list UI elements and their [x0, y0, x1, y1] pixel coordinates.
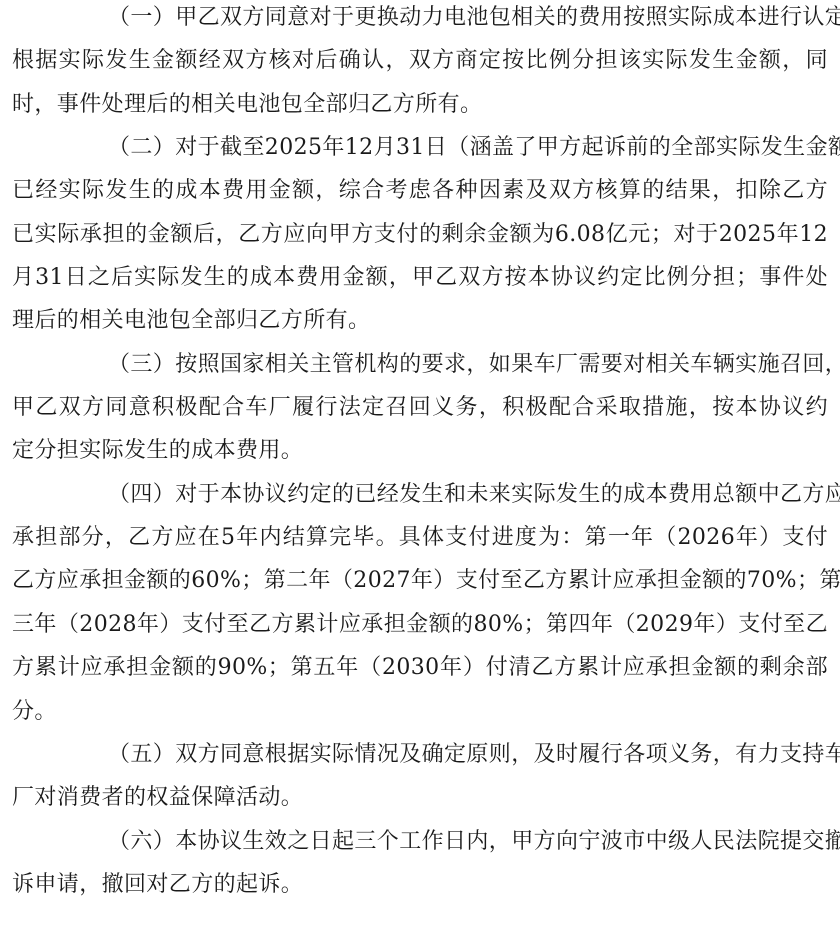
clause-2-line-3: 已实际承担的金额后，乙方应向甲方支付的剩余金额为6.08亿元；对于2025年12 — [12, 213, 828, 256]
clause-6-line-1: （六）本协议生效之日起三个工作日内，甲方向宁波市中级人民法院提交撤 — [12, 820, 828, 863]
clause-3-line-1: （三）按照国家相关主管机构的要求，如果车厂需要对相关车辆实施召回， — [12, 343, 828, 386]
clause-2: （二）对于截至2025年12月31日（涵盖了甲方起诉前的全部实际发生金额） 已经… — [12, 126, 832, 343]
clause-5-line-1: （五）双方同意根据实际情况及确定原则，及时履行各项义务，有力支持车 — [12, 733, 828, 776]
clause-3-line-2: 甲乙双方同意积极配合车厂履行法定召回义务，积极配合采取措施，按本协议约 — [12, 386, 828, 429]
clause-4-line-1: （四）对于本协议约定的已经发生和未来实际发生的成本费用总额中乙方应 — [12, 473, 828, 516]
clause-4-line-4: 三年（2028年）支付至乙方累计应承担金额的80%；第四年（2029年）支付至乙 — [12, 603, 828, 646]
clause-4: （四）对于本协议约定的已经发生和未来实际发生的成本费用总额中乙方应 承担部分，乙… — [12, 473, 832, 733]
clause-1-line-2: 根据实际发生金额经双方核对后确认，双方商定按比例分担该实际发生金额，同 — [12, 39, 828, 82]
clause-4-line-3: 乙方应承担金额的60%；第二年（2027年）支付至乙方累计应承担金额的70%；第 — [12, 559, 828, 602]
clause-1-line-1: （一）甲乙双方同意对于更换动力电池包相关的费用按照实际成本进行认定， — [12, 0, 828, 39]
clause-3: （三）按照国家相关主管机构的要求，如果车厂需要对相关车辆实施召回， 甲乙双方同意… — [12, 343, 832, 473]
clause-4-line-2: 承担部分，乙方应在5年内结算完毕。具体支付进度为：第一年（2026年）支付 — [12, 516, 828, 559]
clause-2-line-5: 理后的相关电池包全部归乙方所有。 — [12, 299, 832, 342]
clause-3-line-3: 定分担实际发生的成本费用。 — [12, 429, 832, 472]
clause-5: （五）双方同意根据实际情况及确定原则，及时履行各项义务，有力支持车 厂对消费者的… — [12, 733, 832, 820]
clause-4-line-6: 分。 — [12, 690, 832, 733]
agreement-document: （一）甲乙双方同意对于更换动力电池包相关的费用按照实际成本进行认定， 根据实际发… — [12, 0, 832, 906]
clause-2-line-2: 已经实际发生的成本费用金额，综合考虑各种因素及双方核算的结果，扣除乙方 — [12, 169, 828, 212]
clause-1-line-3: 时，事件处理后的相关电池包全部归乙方所有。 — [12, 83, 832, 126]
clause-1: （一）甲乙双方同意对于更换动力电池包相关的费用按照实际成本进行认定， 根据实际发… — [12, 0, 832, 126]
clause-6-line-2: 诉申请，撤回对乙方的起诉。 — [12, 863, 832, 906]
clause-5-line-2: 厂对消费者的权益保障活动。 — [12, 776, 832, 819]
clause-6: （六）本协议生效之日起三个工作日内，甲方向宁波市中级人民法院提交撤 诉申请，撤回… — [12, 820, 832, 907]
clause-2-line-1: （二）对于截至2025年12月31日（涵盖了甲方起诉前的全部实际发生金额） — [12, 126, 828, 169]
clause-2-line-4: 月31日之后实际发生的成本费用金额，甲乙双方按本协议约定比例分担；事件处 — [12, 256, 828, 299]
clause-4-line-5: 方累计应承担金额的90%；第五年（2030年）付清乙方累计应承担金额的剩余部 — [12, 646, 828, 689]
